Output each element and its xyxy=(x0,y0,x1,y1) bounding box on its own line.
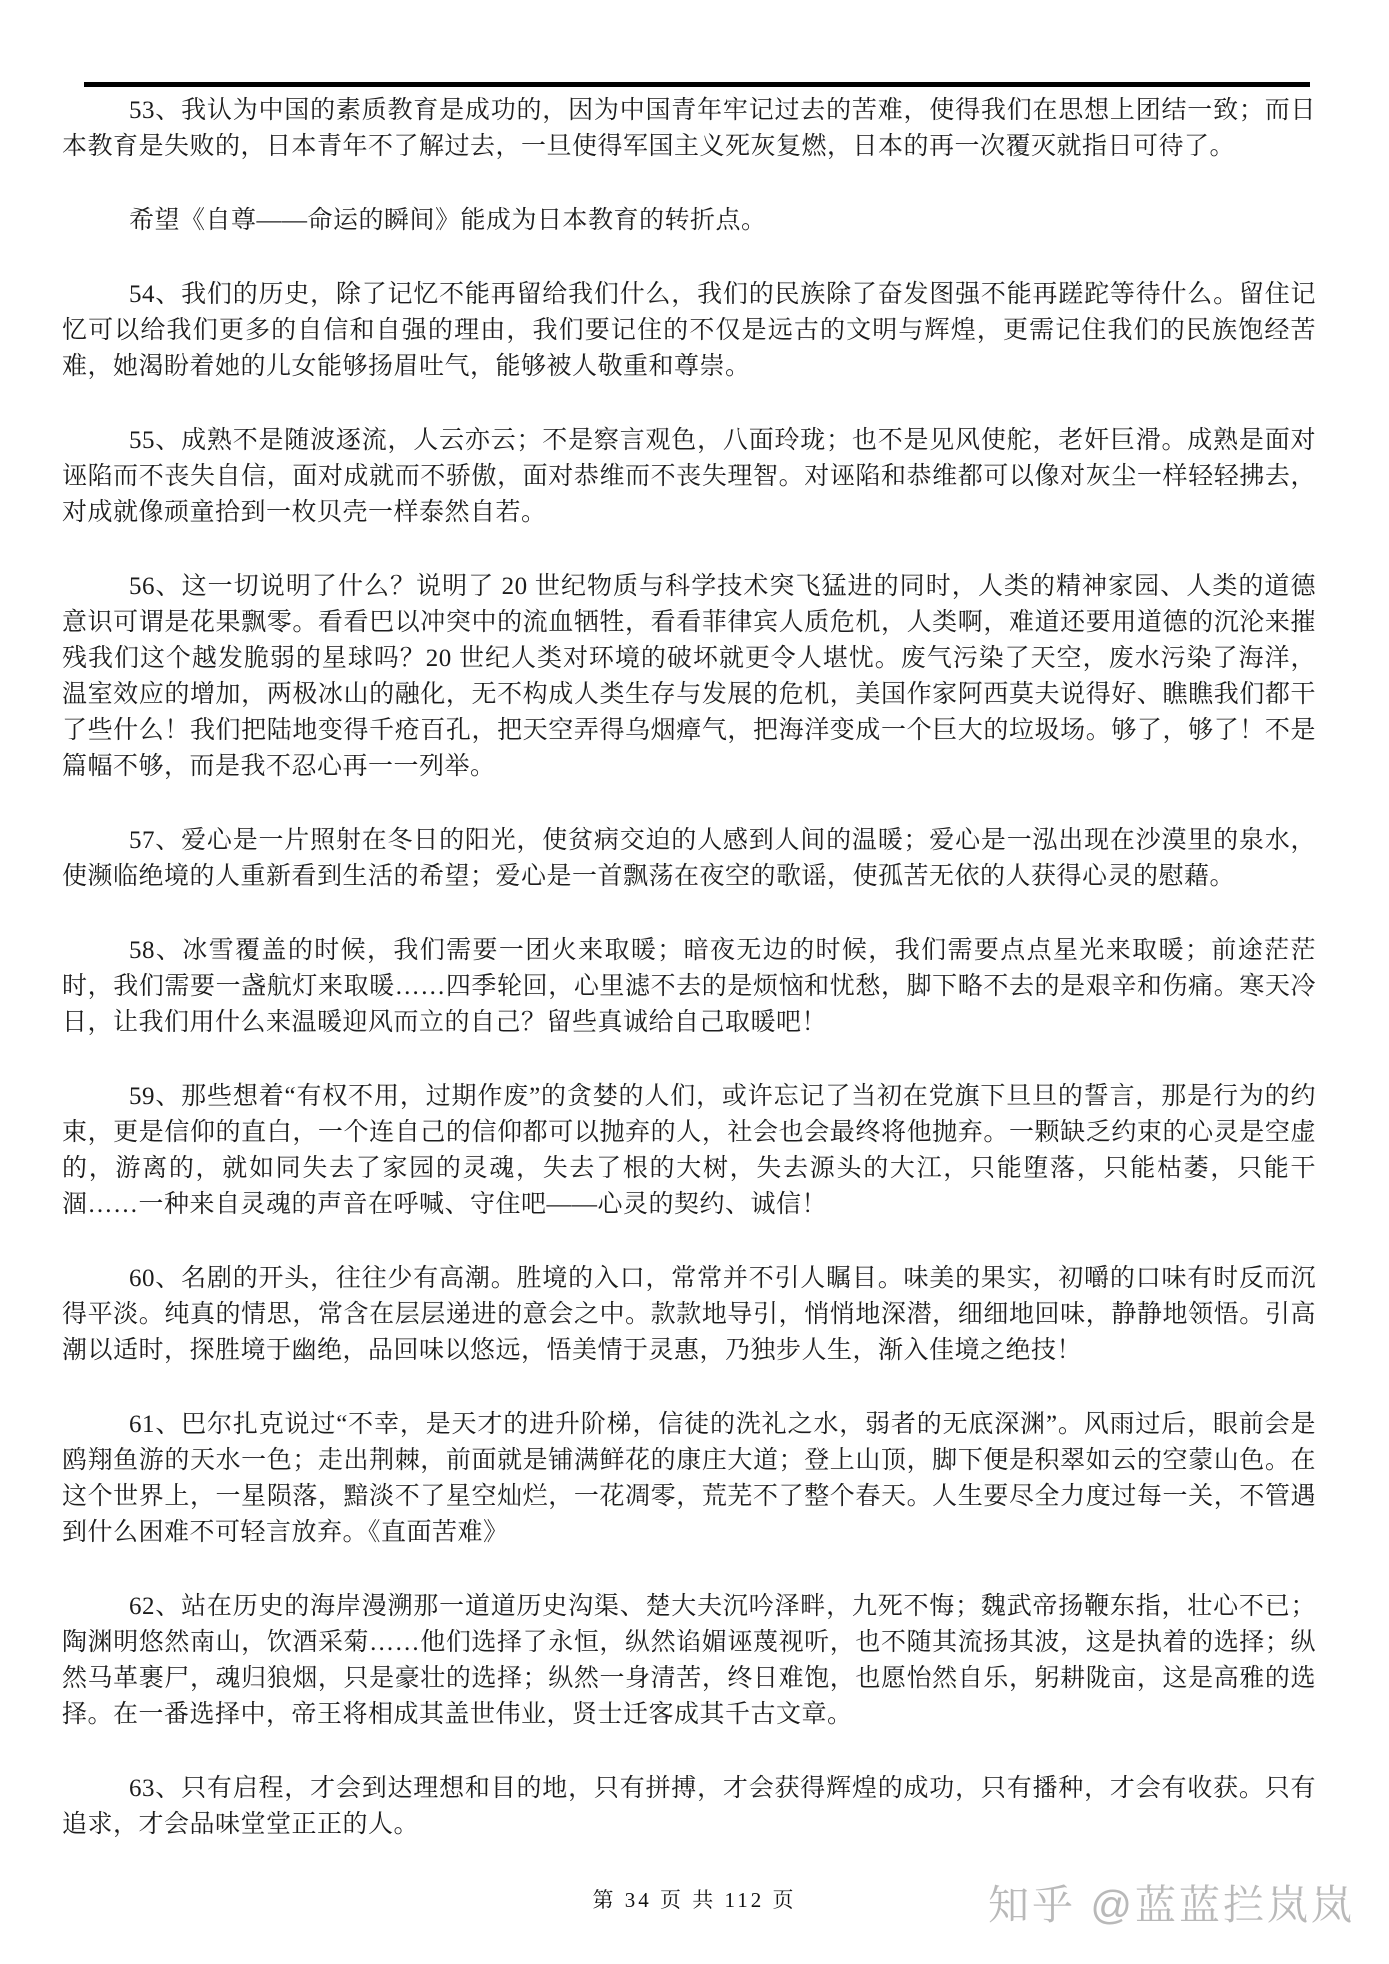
header-rule xyxy=(84,82,1310,87)
paragraph: 54、我们的历史，除了记忆不能再留给我们什么，我们的民族除了奋发图强不能再蹉跎等… xyxy=(62,277,1316,385)
paragraph: 61、巴尔扎克说过“不幸，是天才的进升阶梯，信徒的洗礼之水，弱者的无底深渊”。风… xyxy=(62,1407,1316,1551)
paragraph: 58、冰雪覆盖的时候，我们需要一团火来取暖；暗夜无边的时候，我们需要点点星光来取… xyxy=(62,933,1316,1041)
paragraph: 56、这一切说明了什么？说明了 20 世纪物质与科学技术突飞猛进的同时，人类的精… xyxy=(62,569,1316,785)
page-number: 第 34 页 共 112 页 xyxy=(593,1888,797,1912)
document-page: 53、我认为中国的素质教育是成功的，因为中国青年牢记过去的苦难，使得我们在思想上… xyxy=(0,0,1389,1964)
watermark-zhihu: 知乎 @蓝蓝拦岚岚 xyxy=(988,1872,1355,1931)
paragraph: 55、成熟不是随波逐流，人云亦云；不是察言观色，八面玲珑；也不是见风使舵，老奸巨… xyxy=(62,423,1316,531)
paragraph: 63、只有启程，才会到达理想和目的地，只有拼搏，才会获得辉煌的成功，只有播种，才… xyxy=(62,1771,1316,1843)
paragraph: 60、名剧的开头，往往少有高潮。胜境的入口，常常并不引人瞩目。味美的果实，初嚼的… xyxy=(62,1261,1316,1369)
paragraph: 希望《自尊——命运的瞬间》能成为日本教育的转折点。 xyxy=(62,203,1316,239)
paragraph: 62、站在历史的海岸漫溯那一道道历史沟渠、楚大夫沉吟泽畔，九死不悔；魏武帝扬鞭东… xyxy=(62,1589,1316,1733)
document-body: 53、我认为中国的素质教育是成功的，因为中国青年牢记过去的苦难，使得我们在思想上… xyxy=(62,93,1316,1881)
paragraph: 57、爱心是一片照射在冬日的阳光，使贫病交迫的人感到人间的温暖；爱心是一泓出现在… xyxy=(62,823,1316,895)
paragraph: 59、那些想着“有权不用，过期作废”的贪婪的人们，或许忘记了当初在党旗下旦旦的誓… xyxy=(62,1079,1316,1223)
paragraph: 53、我认为中国的素质教育是成功的，因为中国青年牢记过去的苦难，使得我们在思想上… xyxy=(62,93,1316,165)
